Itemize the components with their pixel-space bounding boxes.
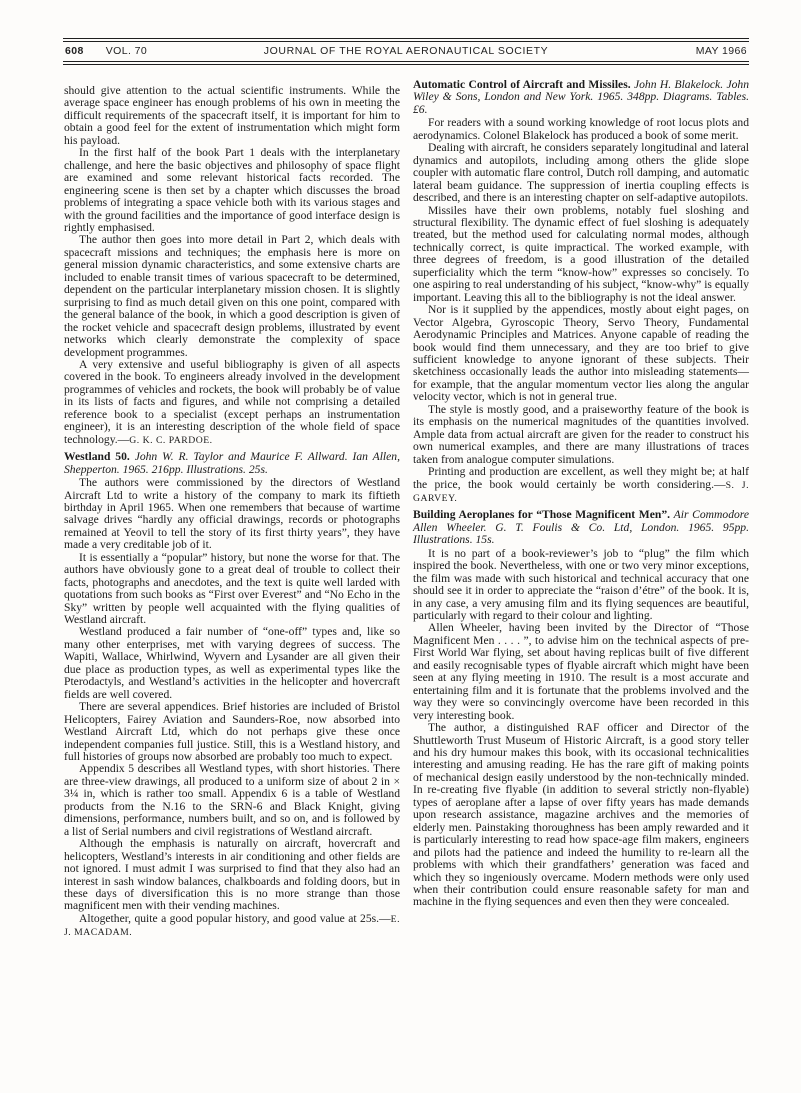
- paragraph: For readers with a sound working knowled…: [413, 117, 749, 142]
- text-columns: should give attention to the actual scie…: [64, 79, 749, 940]
- page-number: 608: [65, 45, 84, 57]
- volume-label: VOL. 70: [106, 45, 147, 57]
- paragraph: A very extensive and useful bibliography…: [64, 359, 400, 447]
- paragraph: The author, a distinguished RAF officer …: [413, 722, 749, 909]
- paragraph: Appendix 5 describes all Westland types,…: [64, 763, 400, 838]
- paragraph: Nor is it supplied by the appendices, mo…: [413, 304, 749, 404]
- paragraph: Westland produced a fair number of “one-…: [64, 626, 400, 701]
- paragraph-text: A very extensive and useful bibliography…: [64, 358, 400, 446]
- left-column: should give attention to the actual scie…: [64, 79, 400, 940]
- issue-date: MAY 1966: [696, 45, 747, 57]
- paragraph: Printing and production are excellent, a…: [413, 466, 749, 505]
- paragraph: should give attention to the actual scie…: [64, 85, 400, 147]
- paragraph: Missiles have their own problems, notabl…: [413, 205, 749, 305]
- paragraph: Allen Wheeler, having been invited by th…: [413, 622, 749, 722]
- review-title: Automatic Control of Aircraft and Missil…: [413, 78, 631, 91]
- paragraph: In the first half of the book Part 1 dea…: [64, 147, 400, 234]
- paragraph: It is no part of a book-reviewer’s job t…: [413, 548, 749, 623]
- paragraph: The authors were commissioned by the dir…: [64, 477, 400, 552]
- right-column: Automatic Control of Aircraft and Missil…: [413, 79, 749, 940]
- paragraph: The author then goes into more detail in…: [64, 234, 400, 359]
- paragraph: It is essentially a “popular” history, b…: [64, 552, 400, 627]
- journal-title: JOURNAL OF THE ROYAL AERONAUTICAL SOCIET…: [63, 45, 749, 57]
- paragraph: There are several appendices. Brief hist…: [64, 701, 400, 763]
- paragraph-text: Printing and production are excellent, a…: [413, 465, 749, 490]
- reviewer-signature: G. K. C. PARDOE.: [129, 435, 212, 446]
- review-heading: Automatic Control of Aircraft and Missil…: [413, 79, 749, 116]
- review-title: Westland 50.: [64, 450, 130, 463]
- paragraph: Although the emphasis is naturally on ai…: [64, 838, 400, 913]
- paragraph: Dealing with aircraft, he considers sepa…: [413, 142, 749, 204]
- header-left-group: 608 VOL. 70: [65, 45, 147, 57]
- paragraph: The style is mostly good, and a praisewo…: [413, 404, 749, 466]
- review-title: Building Aeroplanes for “Those Magnifice…: [413, 508, 670, 521]
- review-heading: Westland 50. John W. R. Taylor and Mauri…: [64, 451, 400, 476]
- review-heading: Building Aeroplanes for “Those Magnifice…: [413, 509, 749, 546]
- paragraph: Altogether, quite a good popular history…: [64, 913, 400, 940]
- page-header: 608 VOL. 70 JOURNAL OF THE ROYAL AERONAU…: [63, 38, 749, 65]
- paragraph-text: Altogether, quite a good popular history…: [79, 912, 391, 925]
